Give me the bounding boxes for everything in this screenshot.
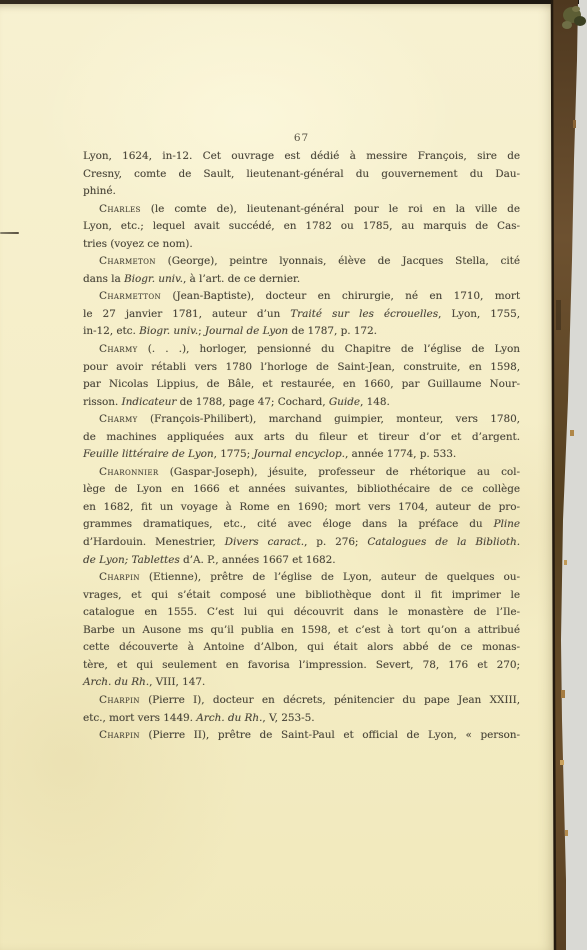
- text-line: pour avoir rétabli vers 1780 l’horloge d…: [83, 359, 520, 377]
- text-run: ;: [198, 325, 205, 337]
- text-line: Charpin (Pierre I), docteur en décrets, …: [83, 692, 520, 710]
- text-line: lège de Lyon en 1666 et années suivantes…: [83, 481, 520, 499]
- text-run: de machines appliquées aux arts du fileu…: [83, 431, 520, 443]
- citation-italic: Journal encyclop.: [253, 448, 344, 460]
- text-line: cette découverte à Antoine d’Albon, qui …: [83, 639, 520, 657]
- text-run: dans la: [83, 273, 124, 285]
- citation-italic: Traité sur les écrouelles: [290, 308, 438, 320]
- text-line: Charonnier (Gaspar-Joseph), jésuite, pro…: [83, 464, 520, 482]
- text-run: in-12, etc.: [83, 325, 139, 337]
- text-line: Charmy (François-Philibert), marchand gu…: [83, 411, 520, 429]
- citation-italic: Indicateur: [122, 396, 177, 408]
- citation-italic: Arch. du Rh.: [83, 676, 149, 688]
- text-run: , V, 253-5.: [262, 712, 314, 724]
- text-line: etc., mort vers 1449. Arch. du Rh., V, 2…: [83, 710, 520, 728]
- text-run: (Etienne), prêtre de l’église de Lyon, a…: [140, 571, 520, 583]
- text-run: (François-Philibert), marchand guimpier,…: [138, 413, 520, 425]
- text-run: Lyon, 1624, in-12. Cet ouvrage est dédié…: [83, 150, 520, 162]
- text-line: Charmeton (George), peintre lyonnais, él…: [83, 253, 520, 271]
- citation-italic: Guide: [329, 396, 360, 408]
- text-run: d’A. P., années 1667 et 1682.: [180, 554, 336, 566]
- text-line: Lyon, 1624, in-12. Cet ouvrage est dédié…: [83, 148, 520, 166]
- text-line: risson. Indicateur de 1788, page 47; Coc…: [83, 394, 520, 412]
- citation-italic: Journal de Lyon: [205, 325, 288, 337]
- text-line: vrages, et qui s’était composé une bibli…: [83, 587, 520, 605]
- text-run: risson.: [83, 396, 122, 408]
- text-run: (Pierre I), docteur en décrets, pénitenc…: [140, 694, 520, 706]
- text-run: , 1775;: [214, 448, 254, 460]
- text-line: phiné.: [83, 183, 520, 201]
- citation-italic: Arch. du Rh.: [196, 712, 262, 724]
- text-line: par Nicolas Lippius, de Bâle, et restaur…: [83, 376, 520, 394]
- text-run: (Gaspar-Joseph), jésuite, professeur de …: [159, 466, 520, 478]
- page-top-edge: [0, 0, 579, 4]
- text-run: le 27 janvier 1781, auteur d’un: [83, 308, 290, 320]
- text-run: en 1682, fit un voyage à Rome en 1690; m…: [83, 501, 520, 513]
- entry-name: Charpin: [99, 729, 140, 741]
- text-run: catalogue en 1555. C’est lui qui découvr…: [83, 606, 520, 618]
- text-run: par Nicolas Lippius, de Bâle, et restaur…: [83, 378, 520, 390]
- text-run: , VIII, 147.: [149, 676, 205, 688]
- text-line: Charpin (Pierre II), prêtre de Saint-Pau…: [83, 727, 520, 745]
- text-run: , p. 276;: [304, 536, 367, 548]
- text-run: de 1787, p. 172.: [288, 325, 377, 337]
- text-run: vrages, et qui s’était composé une bibli…: [83, 589, 520, 601]
- entry-name: Charmy: [99, 413, 138, 425]
- entry-name: Charpin: [99, 571, 140, 583]
- text-run: tries (voyez ce nom).: [83, 238, 193, 250]
- text-run: Barbe un Ausone ms qu’il publia en 1598,…: [83, 624, 520, 636]
- citation-italic: Divers caract.: [225, 536, 304, 548]
- text-line: Feuille littéraire de Lyon, 1775; Journa…: [83, 446, 520, 464]
- text-run: Lyon, etc.; lequel avait succédé, en 178…: [83, 220, 520, 232]
- text-run: cette découverte à Antoine d’Albon, qui …: [83, 641, 520, 653]
- text-run: etc., mort vers 1449.: [83, 712, 196, 724]
- text-line: Charpin (Etienne), prêtre de l’église de…: [83, 569, 520, 587]
- text-line: Arch. du Rh., VIII, 147.: [83, 674, 520, 692]
- text-line: en 1682, fit un voyage à Rome en 1690; m…: [83, 499, 520, 517]
- entry-name: Charmeton: [99, 255, 156, 267]
- citation-italic: de Lyon; Tablettes: [83, 554, 180, 566]
- text-line: d’Hardouin. Menestrier, Divers caract., …: [83, 534, 520, 552]
- paper-scratch: [0, 232, 19, 234]
- text-run: (George), peintre lyonnais, élève de Jac…: [156, 255, 520, 267]
- text-line: de machines appliquées aux arts du fileu…: [83, 429, 520, 447]
- fore-edge-strip: [552, 0, 578, 950]
- text-run: , à l’art. de ce dernier.: [183, 273, 300, 285]
- text-line: catalogue en 1555. C’est lui qui découvr…: [83, 604, 520, 622]
- text-run: d’Hardouin. Menestrier,: [83, 536, 225, 548]
- entry-name: Charmetton: [99, 290, 161, 302]
- text-run: pour avoir rétabli vers 1780 l’horloge d…: [83, 361, 520, 373]
- text-run: , Lyon, 1755,: [438, 308, 520, 320]
- text-run: , année 1774, p. 533.: [345, 448, 456, 460]
- text-run: tère, et qui seulement en favorisa l’imp…: [83, 659, 520, 671]
- entry-name: Charles: [99, 203, 141, 215]
- text-line: grammes dramatiques, etc., cité avec élo…: [83, 516, 520, 534]
- entry-name: Charpin: [99, 694, 140, 706]
- text-line: tère, et qui seulement en favorisa l’imp…: [83, 657, 520, 675]
- citation-italic: Catalogues de la Biblioth.: [367, 536, 520, 548]
- text-run: phiné.: [83, 185, 116, 197]
- text-line: Cresny, comte de Sault, lieutenant-génér…: [83, 166, 520, 184]
- scan-backdrop: 67 Lyon, 1624, in-12. Cet ouvrage est dé…: [0, 0, 587, 950]
- text-run: (Jean-Baptiste), docteur en chirurgie, n…: [161, 290, 520, 302]
- text-line: dans la Biogr. univ., à l’art. de ce der…: [83, 271, 520, 289]
- text-block: Lyon, 1624, in-12. Cet ouvrage est dédié…: [83, 148, 520, 745]
- citation-italic: Biogr. univ.: [139, 325, 198, 337]
- text-run: , 148.: [360, 396, 390, 408]
- text-line: Charmy (. . .), horloger, pensionné du C…: [83, 341, 520, 359]
- entry-name: Charonnier: [99, 466, 159, 478]
- text-line: de Lyon; Tablettes d’A. P., années 1667 …: [83, 552, 520, 570]
- text-run: (Pierre II), prêtre de Saint-Paul et off…: [140, 729, 520, 741]
- text-line: Charles (le comte de), lieutenant-généra…: [83, 201, 520, 219]
- text-run: Cresny, comte de Sault, lieutenant-génér…: [83, 168, 520, 180]
- text-run: lège de Lyon en 1666 et années suivantes…: [83, 483, 520, 495]
- page-number: 67: [83, 132, 520, 144]
- text-run: (le comte de), lieutenant-général pour l…: [141, 203, 520, 215]
- citation-italic: Feuille littéraire de Lyon: [83, 448, 214, 460]
- book-fore-edge: [540, 0, 587, 950]
- citation-italic: Pline: [494, 518, 520, 530]
- text-run: (. . .), horloger, pensionné du Chapitre…: [138, 343, 520, 355]
- text-line: Charmetton (Jean-Baptiste), docteur en c…: [83, 288, 520, 306]
- text-line: Barbe un Ausone ms qu’il publia en 1598,…: [83, 622, 520, 640]
- text-line: le 27 janvier 1781, auteur d’un Traité s…: [83, 306, 520, 324]
- text-run: grammes dramatiques, etc., cité avec élo…: [83, 518, 494, 530]
- entry-name: Charmy: [99, 343, 138, 355]
- text-line: Lyon, etc.; lequel avait succédé, en 178…: [83, 218, 520, 236]
- text-line: in-12, etc. Biogr. univ.; Journal de Lyo…: [83, 323, 520, 341]
- text-run: de 1788, page 47; Cochard,: [176, 396, 329, 408]
- text-line: tries (voyez ce nom).: [83, 236, 520, 254]
- citation-italic: Biogr. univ.: [124, 273, 183, 285]
